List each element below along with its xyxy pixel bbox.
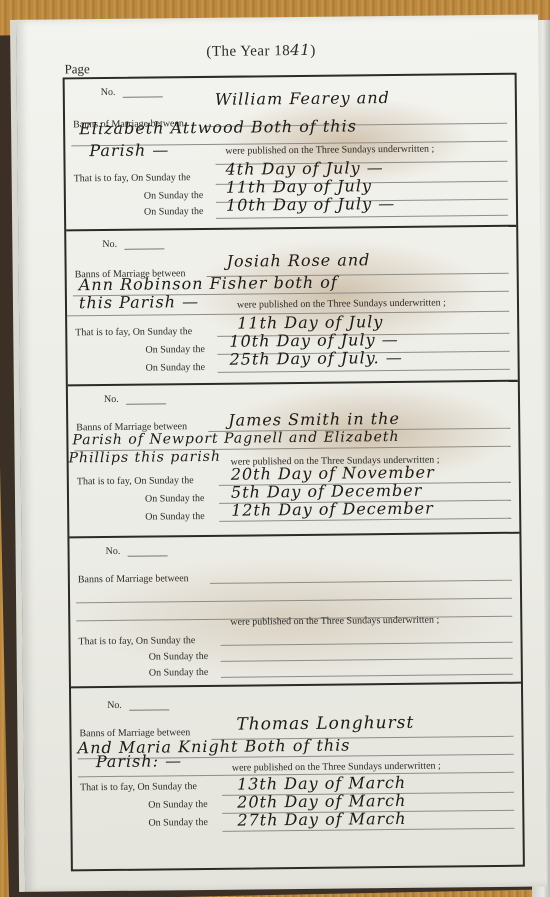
entry-number-field [129,709,169,710]
banns-entry-5: No. Banns of Marriage between Thomas Lon… [71,684,523,870]
title-suffix: ) [310,43,316,59]
on-sunday-label-2: On Sunday the [149,651,209,663]
entry-number-field [126,403,166,404]
entry-number-field [124,248,164,249]
names-line-3: Parish — [89,140,169,160]
on-sunday-label-2: On Sunday the [148,799,208,811]
that-is-label: That is to fay, On Sunday the [80,781,197,793]
that-is-label: That is to fay, On Sunday the [75,326,192,338]
names-line-1: Josiah Rose and [226,250,370,271]
on-sunday-label-2: On Sunday the [144,190,204,202]
on-sunday-label-3: On Sunday the [149,667,209,679]
names-line-1: James Smith in the [228,409,400,430]
names-line-2: Parish of Newport Pagnell and Elizabeth [72,429,399,448]
on-sunday-label-3: On Sunday the [146,362,206,374]
entry-number-label: No. [101,87,116,98]
banns-entry-4-blank: No. Banns of Marriage between were publi… [69,534,521,689]
page-title: (The Year 1841) [206,41,316,61]
entry-number-label: No. [107,700,122,711]
entry-number-label: No. [102,239,117,250]
entry-number-label: No. [104,394,119,405]
year-handwritten: 41 [290,41,310,59]
on-sunday-label-3: On Sunday the [148,817,208,829]
on-sunday-label-2: On Sunday the [145,493,205,505]
sunday-3-date: 12th Day of December [231,499,434,520]
names-line-2: Elizabeth Attwood Both of this [79,116,357,138]
names-line-2: Ann Robinson Fisher both of [79,273,338,295]
sunday-3-date: 10th Day of July — [226,194,395,215]
published-label: were published on the Three Sundays unde… [237,297,446,310]
entry-number-field [128,555,168,556]
banns-label: Banns of Marriage between [78,573,189,585]
title-printed: (The Year 18 [206,43,290,60]
on-sunday-label-3: On Sunday the [144,206,204,218]
banns-entry-1: No. Banns of Marriage between William Fe… [65,75,517,232]
names-line-1: Thomas Longhurst [236,713,414,735]
on-sunday-label-3: On Sunday the [145,511,205,523]
names-line-3: this Parish — [79,292,199,312]
entry-number-label: No. [106,546,121,557]
that-is-label: That is to fay, On Sunday the [74,172,191,184]
published-label: were published on the Three Sundays unde… [232,761,441,774]
that-is-label: That is to fay, On Sunday the [78,635,195,647]
names-line-3: Phillips this parish [69,449,222,467]
published-label: were published on the Three Sundays unde… [230,615,439,628]
sunday-3-date: 27th Day of March [237,809,406,830]
entries-frame: No. Banns of Marriage between William Fe… [63,73,525,872]
banns-entry-3: No. Banns of Marriage between James Smit… [68,382,520,539]
on-sunday-label-2: On Sunday the [145,344,205,356]
page-number-label: Page [64,61,89,77]
sunday-3-date: 25th Day of July. — [229,348,402,369]
published-label: were published on the Three Sundays unde… [225,144,434,157]
register-page: (The Year 1841) Page No. Banns of Marria… [10,14,547,891]
entry-number-field [123,96,163,97]
banns-entry-2: No. Banns of Marriage between Josiah Ros… [66,227,518,387]
that-is-label: That is to fay, On Sunday the [77,475,194,487]
names-line-1: William Fearey and [215,88,390,109]
names-line-3: Parish: — [96,751,183,771]
